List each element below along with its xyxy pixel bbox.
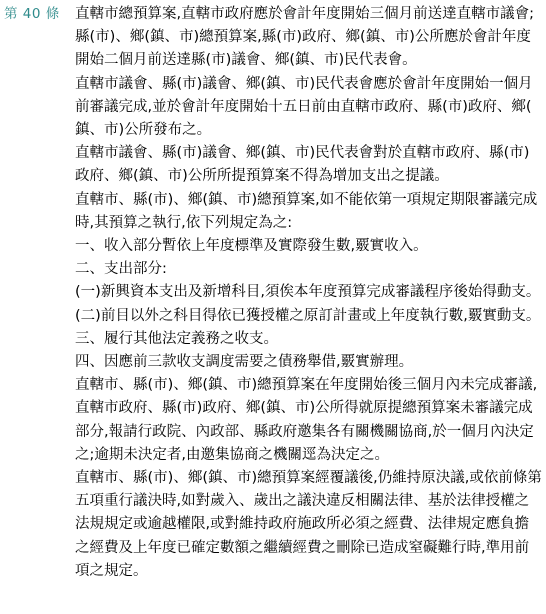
article-paragraph: 直轄市議會、縣(市)議會、鄉(鎮、市)民代表會對於直轄市政府、縣(市)政府、鄉(…: [75, 142, 542, 188]
article-item: 四、因應前三款收支調度需要之債務舉借,覈實辦理。: [75, 351, 542, 374]
article-item: 一、收入部分暫依上年度標準及實際發生數,覈實收入。: [75, 235, 542, 258]
article-item: 三、履行其他法定義務之收支。: [75, 328, 542, 351]
article-subitem: (二)前目以外之科目得依已獲授權之原訂計畫或上年度執行數,覈實動支。: [75, 305, 542, 328]
article-number: 第 40 條: [4, 3, 60, 26]
article-paragraph: 直轄市、縣(市)、鄉(鎮、市)總預算案經覆議後,仍維持原決議,或依前條第五項重行…: [75, 467, 542, 583]
article-paragraph: 直轄市總預算案,直轄市政府應於會計年度開始三個月前送達直轄市議會;縣(市)、鄉(…: [75, 3, 542, 73]
article-subitem: (一)新興資本支出及新增科目,須俟本年度預算完成審議程序後始得動支。: [75, 281, 542, 304]
article-body: 直轄市總預算案,直轄市政府應於會計年度開始三個月前送達直轄市議會;縣(市)、鄉(…: [75, 3, 542, 583]
article-paragraph: 直轄市、縣(市)、鄉(鎮、市)總預算案在年度開始後三個月內未完成審議,直轄市政府…: [75, 374, 542, 467]
article-paragraph: 直轄市、縣(市)、鄉(鎮、市)總預算案,如不能依第一項規定期限審議完成時,其預算…: [75, 189, 542, 235]
article-item: 二、支出部分:: [75, 258, 542, 281]
article-paragraph: 直轄市議會、縣(市)議會、鄉(鎮、市)民代表會應於會計年度開始一個月前審議完成,…: [75, 73, 542, 143]
